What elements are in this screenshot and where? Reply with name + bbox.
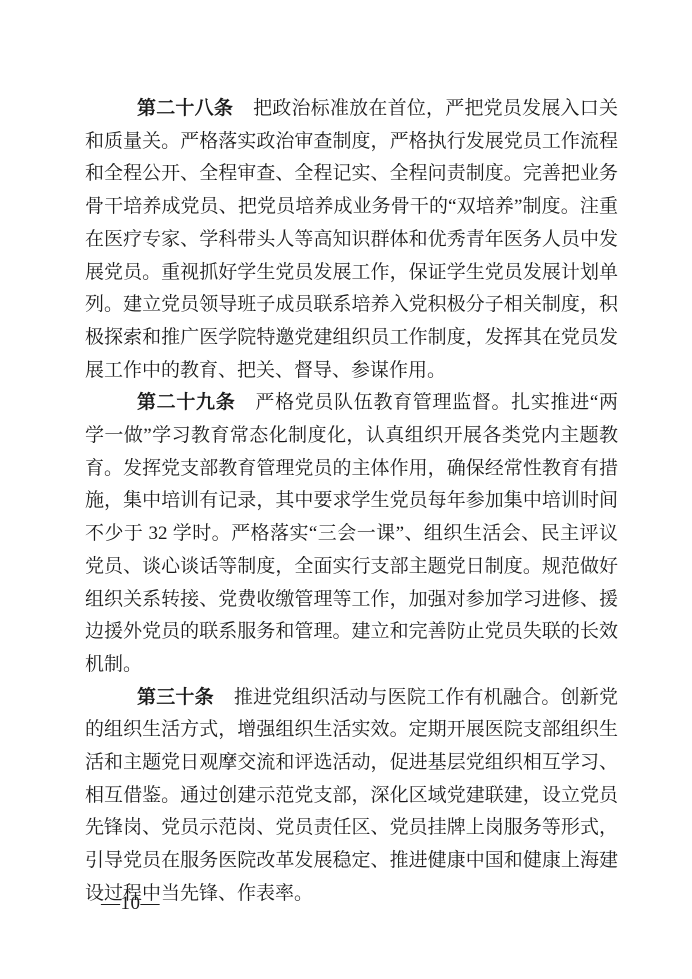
article-heading: 第二十九条 [137, 392, 235, 413]
page-number: —10— [101, 893, 160, 915]
document-page: 第二十八条把政治标准放在首位，严把党员发展入口关和质量关。严格落实政治审查制度，… [0, 0, 692, 979]
paragraph: 第二十九条严格党员队伍教育管理监督。扎实推进“两学一做”学习教育常态化制度化，认… [85, 387, 618, 681]
paragraph: 第三十条推进党组织活动与医院工作有机融合。创新党的组织生活方式，增强组织生活实效… [85, 682, 618, 911]
article-text: 严格党员队伍教育管理监督。扎实推进“两学一做”学习教育常态化制度化，认真组织开展… [85, 392, 618, 675]
article-text: 推进党组织活动与医院工作有机融合。创新党的组织生活方式，增强组织生活实效。定期开… [85, 687, 618, 904]
article-heading: 第三十条 [137, 687, 214, 708]
article-text: 把政治标准放在首位，严把党员发展入口关和质量关。严格落实政治审查制度，严格执行发… [85, 98, 618, 381]
paragraph: 第二十八条把政治标准放在首位，严把党员发展入口关和质量关。严格落实政治审查制度，… [85, 93, 618, 387]
article-heading: 第二十八条 [137, 98, 233, 119]
document-body: 第二十八条把政治标准放在首位，严把党员发展入口关和质量关。严格落实政治审查制度，… [85, 93, 618, 911]
